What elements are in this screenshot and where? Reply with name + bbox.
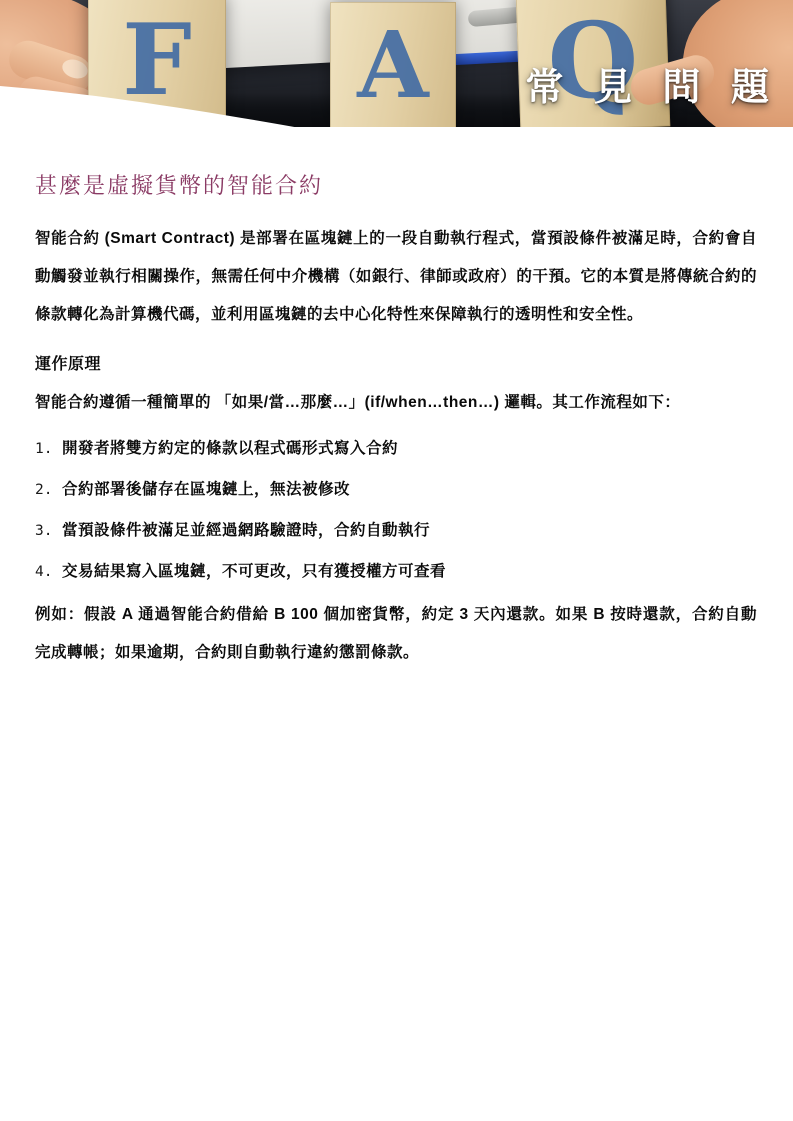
step-text: 當預設條件被滿足並經過網路驗證時，合約自動執行: [62, 512, 430, 550]
step-number: 4.: [35, 553, 62, 591]
workflow-step: 4. 交易結果寫入區塊鏈，不可更改，只有獲授權方可查看: [35, 553, 757, 591]
step-text: 交易結果寫入區塊鏈，不可更改，只有獲授權方可查看: [62, 553, 446, 591]
step-text: 開發者將雙方約定的條款以程式碼形式寫入合約: [62, 430, 398, 468]
curved-cutout: [0, 86, 300, 127]
intro-paragraph: 智能合約 (Smart Contract) 是部署在區塊鏈上的一段自動執行程式，…: [35, 220, 757, 334]
faq-page: F A Q 常 見 問 題 甚麼是虛擬貨幣的智能合約 智能合約 (Smart C…: [0, 0, 793, 1121]
step-text: 合約部署後儲存在區塊鏈上，無法被修改: [62, 471, 350, 509]
wood-block-a: A: [330, 2, 456, 127]
banner-title: 常 見 問 題: [525, 56, 779, 111]
article: 甚麼是虛擬貨幣的智能合約 智能合約 (Smart Contract) 是部署在區…: [0, 169, 793, 672]
workflow-step: 2. 合約部署後儲存在區塊鏈上，無法被修改: [35, 471, 757, 509]
section-heading: 運作原理: [35, 346, 757, 384]
workflow-step: 3. 當預設條件被滿足並經過網路驗證時，合約自動執行: [35, 512, 757, 550]
step-number: 3.: [35, 512, 62, 550]
example-paragraph: 例如：假設 A 通過智能合約借給 B 100 個加密貨幣，約定 3 天內還款。如…: [35, 596, 757, 672]
hero-banner: F A Q 常 見 問 題: [0, 0, 793, 127]
step-number: 1.: [35, 430, 62, 468]
workflow-intro: 智能合約遵循一種簡單的 「如果/當…那麼…」(if/when…then…) 邏輯…: [35, 384, 757, 422]
article-title: 甚麼是虛擬貨幣的智能合約: [35, 169, 757, 200]
workflow-steps: 1. 開發者將雙方約定的條款以程式碼形式寫入合約 2. 合約部署後儲存在區塊鏈上…: [35, 430, 757, 591]
workflow-step: 1. 開發者將雙方約定的條款以程式碼形式寫入合約: [35, 430, 757, 468]
block-letter-a: A: [357, 19, 428, 111]
step-number: 2.: [35, 471, 62, 509]
